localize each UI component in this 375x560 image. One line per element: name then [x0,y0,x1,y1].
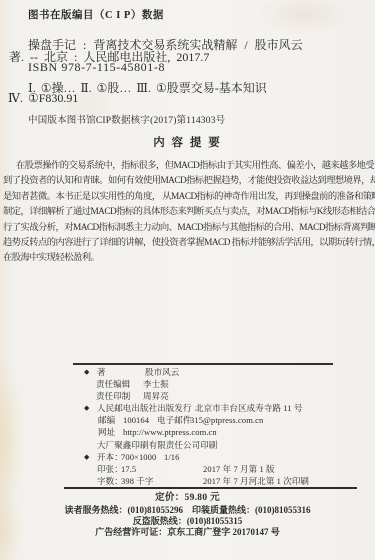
summary-paragraph: 在股票操作的交易系统中，指标很多，但MACD指标由于其实用性高、偏差小，越来越多… [3,159,373,267]
sheets-label: 印张： [97,463,123,475]
cip-classification-line2: Ⅳ. ①F830.91 [8,91,78,106]
summary-line: 到了投资者的认知和青睐。如何有效使用MACD指标把握趋势，才能使投资收益达到理想… [3,174,373,189]
format-value: 700×1000 [121,451,156,463]
website-value: http://www.ptpress.com.cn [123,426,217,438]
summary-line: 是知者甚微。本书正是以实用性的角度， 从MACD指标的神奇作用出发，再到操盘前的… [3,190,373,205]
email-value: 315@ptpress.com.cn [190,414,263,426]
words-label: 字数： [97,475,123,487]
cip-title: 图书在版编目（C I P）数据 [28,7,164,22]
author-row: ◆ 著 股市风云 [84,366,372,378]
postcode-label: 邮编 [98,414,115,426]
print-supervisor-row: 责任印制 周昇亮 [84,390,372,402]
format-row: ◆ 开本： 700×1000 1/16 [84,451,372,463]
impression-value: 2017 年 7 月河北第 1 次印刷 [203,475,309,487]
words-impression-row: 字数： 398 千字 2017 年 7 月河北第 1 次印刷 [84,475,372,487]
summary-heading: 内 容 提 要 [0,134,375,150]
ad-license-line: 广告经营许可证：京东工商广登字 20170147 号 [0,525,375,538]
email-label: 电子邮件 [157,414,191,426]
diamond-bullet-icon: ◆ [84,451,89,463]
print-supervisor-name: 周昇亮 [143,390,169,402]
sheets-value: 17.5 [121,463,136,475]
cip-isbn-line: ISBN 978-7-115-45801-8 [28,60,165,75]
diamond-bullet-icon: ◆ [84,402,89,414]
summary-line: 在股票操作的交易系统中，指标很多，但MACD指标由于其实用性高、偏差小，越来越多… [3,159,373,174]
printing-company-row: 大厂聚鑫印刷有限责任公司印刷 [84,439,372,451]
diamond-bullet-icon: ◆ [84,366,89,378]
summary-line: 行了实战分析，对MACD指标洞悉主力动向、MACD指标与其他指标的合用、MACD… [3,221,373,236]
colophon-block: ◆ 著 股市风云 责任编辑 李士振 责任印制 周昇亮 ◆ 人民邮电出版社出版发行… [84,366,372,487]
summary-line: 在股海中实现轻松盈利。 [3,251,373,266]
author-label: 著 [97,366,106,378]
editor-label: 责任编辑 [96,378,130,390]
website-label: 网址 [98,426,115,438]
author-name: 股市风云 [145,366,179,378]
postcode-email-row: 邮编 100164 电子邮件 315@ptpress.com.cn [84,414,372,426]
top-divider-rule [73,363,333,365]
format-label: 开本： [97,451,123,463]
words-value: 398 千字 [121,475,153,487]
website-row: 网址 http://www.ptpress.com.cn [84,426,372,438]
postcode-value: 100164 [123,414,149,426]
publisher-row: ◆ 人民邮电出版社出版发行 北京市丰台区成寿寺路 11 号 [84,402,372,414]
book-copyright-page: 图书在版编目（C I P）数据 操盘手记 : 背离技术交易系统实战精解 / 股市… [0,0,375,560]
printing-company: 大厂聚鑫印刷有限责任公司印刷 [97,439,217,451]
edition-value: 2017 年 7 月第 1 版 [203,463,275,475]
publisher-address: 北京市丰台区成寿寺路 11 号 [195,402,302,414]
publisher-name: 人民邮电出版社出版发行 [97,402,192,414]
summary-line: 趋势反转点的内容进行了详细的讲解，使投资者掌握MACD 指标并能够活学活用，以期… [3,236,373,251]
editor-name: 李士振 [143,378,169,390]
sheets-edition-row: 印张： 17.5 2017 年 7 月第 1 版 [84,463,372,475]
summary-line: 制定，详细解析了通过MACD指标的具体形态来判断买点与卖点，对MACD指标与K线… [3,205,373,220]
format-fraction: 1/16 [164,451,180,463]
price-line: 定价：59.80 元 [0,489,375,503]
print-supervisor-label: 责任印制 [96,390,130,402]
cip-registration-notice: 中国版本图书馆CIP数据核字(2017)第114303号 [28,112,225,126]
editor-row: 责任编辑 李士振 [84,378,372,390]
